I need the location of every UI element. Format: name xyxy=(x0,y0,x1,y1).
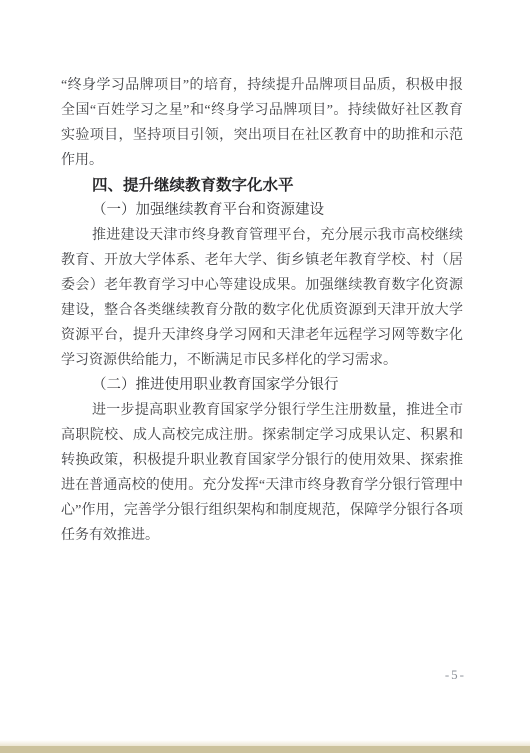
body-text-line: “终身学习品牌项目”的培育，持续提升品牌项目品质，积极申报 xyxy=(61,73,463,98)
desk-background-strip xyxy=(0,746,530,753)
subsection-heading: （一）加强继续教育平台和资源建设 xyxy=(61,198,463,223)
body-text-line: 学习资源供给能力，不断满足市民多样化的学习需求。 xyxy=(61,348,463,373)
body-text-line: 实验项目，坚持项目引领，突出项目在社区教育中的助推和示范 xyxy=(61,123,463,148)
body-text-line: 建设，整合各类继续教育分散的数字化优质资源到天津开放大学 xyxy=(61,298,463,323)
body-text-line: 进一步提高职业教育国家学分银行学生注册数量，推进全市 xyxy=(61,398,463,423)
body-text-line: 全国“百姓学习之星”和“终身学习品牌项目”。持续做好社区教育 xyxy=(61,98,463,123)
body-text-line: 任务有效推进。 xyxy=(61,523,463,548)
body-text-line: 推进建设天津市终身教育管理平台，充分展示我市高校继续 xyxy=(61,223,463,248)
page-number: -5- xyxy=(445,667,466,683)
body-text-line: 心”作用，完善学分银行组织架构和制度规范，保障学分银行各项 xyxy=(61,498,463,523)
body-text-line: 转换政策，积极提升职业教育国家学分银行的使用效果、探索推 xyxy=(61,448,463,473)
body-text-line: 高职院校、成人高校完成注册。探索制定学习成果认定、积累和 xyxy=(61,423,463,448)
document-page: “终身学习品牌项目”的培育，持续提升品牌项目品质，积极申报全国“百姓学习之星”和… xyxy=(0,0,530,753)
body-text-line: 资源平台，提升天津终身学习网和天津老年远程学习网等数字化 xyxy=(61,323,463,348)
body-text-line: 教育、开放大学体系、老年大学、街乡镇老年教育学校、村（居 xyxy=(61,248,463,273)
section-heading: 四、提升继续教育数字化水平 xyxy=(61,173,463,198)
body-text-line: 作用。 xyxy=(61,148,463,173)
text-blocks: “终身学习品牌项目”的培育，持续提升品牌项目品质，积极申报全国“百姓学习之星”和… xyxy=(61,73,463,548)
subsection-heading: （二）推进使用职业教育国家学分银行 xyxy=(61,373,463,398)
body-text-line: 进在普通高校的使用。充分发挥“天津市终身教育学分银行管理中 xyxy=(61,473,463,498)
body-text-line: 委会）老年教育学习中心等建设成果。加强继续教育数字化资源 xyxy=(61,273,463,298)
